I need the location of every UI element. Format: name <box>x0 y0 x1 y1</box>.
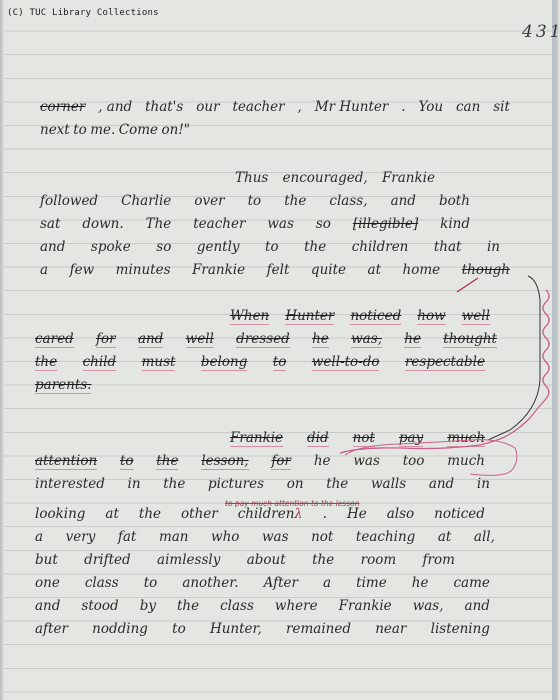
manuscript-word: the <box>304 239 326 255</box>
manuscript-word: class, <box>329 193 367 209</box>
page-number: 431 <box>522 22 560 42</box>
manuscript-word: one <box>35 575 60 591</box>
manuscript-word: very <box>66 529 96 545</box>
manuscript-word: in <box>128 476 141 492</box>
manuscript-word: a <box>35 529 43 545</box>
manuscript-word: [illegible] <box>353 216 418 232</box>
page-left-edge <box>0 0 4 700</box>
manuscript-word: , <box>298 99 302 115</box>
manuscript-word: few <box>70 262 95 278</box>
manuscript-word: he <box>404 331 421 348</box>
manuscript-word: much <box>447 453 485 470</box>
manuscript-word: the <box>163 476 185 492</box>
manuscript-word: teaching <box>356 529 415 545</box>
manuscript-line: attentiontothelesson,forhewastoomuch <box>35 453 485 470</box>
manuscript-word: both <box>439 193 470 209</box>
manuscript-word: drifted <box>84 552 130 568</box>
manuscript-line: nexttome.Comeon!" <box>40 122 190 138</box>
manuscript-word: remained <box>286 621 351 637</box>
manuscript-line: satdown.Theteacherwasso[illegible]kind <box>40 216 470 232</box>
manuscript-word: . <box>323 506 327 522</box>
manuscript-word: teacher <box>232 99 284 115</box>
manuscript-word: parents. <box>35 377 91 394</box>
manuscript-line: afternoddingtoHunter,remainednearlisteni… <box>35 621 490 637</box>
manuscript-word: children <box>352 239 409 255</box>
manuscript-word: Frankie <box>339 598 392 614</box>
manuscript-word: the <box>139 506 161 522</box>
manuscript-line: thechildmustbelongtowell-to-dorespectabl… <box>35 354 485 371</box>
manuscript-word: at <box>105 506 118 522</box>
manuscript-word: corner <box>40 99 85 115</box>
manuscript-word: was <box>262 529 289 545</box>
copyright-notice: (C) TUC Library Collections <box>7 8 159 18</box>
manuscript-line: andspokesogentlytothechildrenthatin <box>40 239 500 255</box>
manuscript-line: WhenHunternoticedhowwell <box>230 308 490 325</box>
manuscript-line: butdriftedaimlesslyabouttheroomfrom <box>35 552 455 568</box>
manuscript-word: a <box>40 262 48 278</box>
manuscript-word: on!" <box>162 122 190 138</box>
manuscript-word: a <box>323 575 331 591</box>
manuscript-word: kind <box>440 216 470 232</box>
manuscript-word: to <box>120 453 134 470</box>
manuscript-word: spoke <box>91 239 131 255</box>
manuscript-word: was, <box>413 598 444 614</box>
manuscript-word: noticed <box>350 308 401 325</box>
manuscript-word: he <box>314 453 331 470</box>
manuscript-word: the <box>156 453 178 470</box>
manuscript-word: encouraged, <box>283 170 368 186</box>
manuscript-word: respectable <box>405 354 485 371</box>
manuscript-word: sat <box>40 216 60 232</box>
manuscript-word: Hunter, <box>210 621 262 637</box>
manuscript-word: teacher <box>193 216 245 232</box>
manuscript-word: though <box>462 262 510 278</box>
manuscript-word: that <box>434 239 462 255</box>
deletion-bracket-icon <box>488 276 540 440</box>
manuscript-word: for <box>271 453 291 470</box>
manuscript-word: much <box>447 430 485 447</box>
manuscript-word: nodding <box>92 621 148 637</box>
manuscript-word: and <box>429 476 454 492</box>
manuscript-line: averyfatmanwhowasnotteachingatall, <box>35 529 495 545</box>
manuscript-word: how <box>417 308 445 325</box>
manuscript-word: not <box>311 529 333 545</box>
manuscript-word: Frankie <box>230 430 283 447</box>
manuscript-word: must <box>142 354 176 371</box>
manuscript-word: class <box>85 575 119 591</box>
manuscript-line: corner, andthat'sourteacher,Mr Hunter.Yo… <box>40 99 510 115</box>
page-right-edge <box>552 0 556 700</box>
manuscript-word: so <box>156 239 171 255</box>
manuscript-word: felt <box>267 262 290 278</box>
manuscript-line: caredforandwelldressedhewas,hethought <box>35 331 497 348</box>
inserted-correction-note: to pay much attention to the lesson <box>225 499 359 508</box>
manuscript-word: looking <box>35 506 85 522</box>
manuscript-word: did <box>307 430 329 447</box>
manuscript-word: was <box>353 453 380 470</box>
manuscript-word: followed <box>40 193 98 209</box>
manuscript-word: all, <box>474 529 495 545</box>
manuscript-line: andstoodbytheclasswhereFrankiewas,and <box>35 598 490 614</box>
manuscript-word: belong <box>201 354 247 371</box>
manuscript-word: and <box>35 598 60 614</box>
manuscript-word: You <box>419 99 444 115</box>
manuscript-word: in <box>477 476 490 492</box>
manuscript-line: Frankiedidnotpaymuch <box>230 430 485 447</box>
manuscript-word: so <box>316 216 331 232</box>
manuscript-word: at <box>368 262 381 278</box>
manuscript-word: quite <box>311 262 346 278</box>
manuscript-line: parents. <box>35 377 95 394</box>
manuscript-word: can <box>456 99 480 115</box>
manuscript-word: minutes <box>116 262 171 278</box>
manuscript-word: to <box>273 354 287 371</box>
manuscript-word: near <box>375 621 406 637</box>
manuscript-word: to <box>144 575 158 591</box>
manuscript-word: class <box>220 598 254 614</box>
manuscript-word: down. <box>82 216 123 232</box>
manuscript-word: but <box>35 552 58 568</box>
manuscript-word: too <box>403 453 425 470</box>
manuscript-word: noticed <box>434 506 485 522</box>
manuscript-line: afewminutesFrankiefeltquiteathomethough <box>40 262 510 278</box>
manuscript-word: the <box>35 354 57 371</box>
manuscript-word: Thus <box>235 170 268 186</box>
manuscript-word: who <box>211 529 239 545</box>
manuscript-word: well <box>186 331 214 348</box>
manuscript-word: another. <box>182 575 238 591</box>
manuscript-word: to <box>265 239 279 255</box>
manuscript-word: sit <box>493 99 510 115</box>
manuscript-word: The <box>146 216 172 232</box>
manuscript-word: well-to-do <box>312 354 380 371</box>
manuscript-line: oneclasstoanother.Afteratimehecame <box>35 575 490 591</box>
manuscript-word: cared <box>35 331 74 348</box>
manuscript-word: about <box>247 552 286 568</box>
manuscript-word: to <box>248 193 262 209</box>
manuscript-word: for <box>96 331 116 348</box>
manuscript-word: Come <box>119 122 158 138</box>
manuscript-page: (C) TUC Library Collections 431 corner, … <box>0 0 558 700</box>
manuscript-word: Frankie <box>192 262 245 278</box>
manuscript-line: followedCharlieovertotheclass,andboth <box>40 193 470 209</box>
manuscript-word: to <box>73 122 87 138</box>
manuscript-word: interested <box>35 476 105 492</box>
manuscript-word: also <box>387 506 414 522</box>
manuscript-word: Mr Hunter <box>315 99 389 115</box>
manuscript-word: , and <box>98 99 132 115</box>
manuscript-word: not <box>353 430 375 447</box>
manuscript-word: Charlie <box>121 193 171 209</box>
manuscript-word: thought <box>443 331 497 348</box>
manuscript-word: he <box>412 575 429 591</box>
manuscript-word: next <box>40 122 70 138</box>
manuscript-word: was <box>267 216 294 232</box>
manuscript-word: gently <box>197 239 240 255</box>
manuscript-word: man <box>159 529 189 545</box>
manuscript-word: home <box>403 262 441 278</box>
manuscript-word: Frankie <box>382 170 435 186</box>
manuscript-word: and <box>465 598 490 614</box>
manuscript-word: time <box>356 575 387 591</box>
manuscript-word: was, <box>351 331 382 348</box>
insert-caret-icon: λ <box>294 507 302 522</box>
manuscript-word: childrenλ <box>238 506 303 522</box>
manuscript-word: lesson, <box>201 453 248 470</box>
manuscript-word: When <box>230 308 269 325</box>
manuscript-word: in <box>487 239 500 255</box>
manuscript-word: listening <box>431 621 490 637</box>
manuscript-word: over <box>194 193 224 209</box>
manuscript-word: well <box>462 308 490 325</box>
manuscript-word: and <box>391 193 416 209</box>
manuscript-word: room <box>361 552 397 568</box>
manuscript-word: dressed <box>236 331 290 348</box>
manuscript-word: to <box>172 621 186 637</box>
manuscript-word: came <box>453 575 489 591</box>
manuscript-line: interestedinthepicturesonthewallsandin <box>35 476 490 492</box>
manuscript-line: lookingattheotherchildrenλ.Healsonoticed <box>35 506 485 522</box>
manuscript-word: After <box>264 575 298 591</box>
manuscript-word: stood <box>81 598 118 614</box>
manuscript-word: aimlessly <box>157 552 220 568</box>
caret-slash-icon <box>457 278 478 292</box>
manuscript-word: Hunter <box>285 308 334 325</box>
manuscript-word: by <box>140 598 156 614</box>
manuscript-word: me. <box>90 122 115 138</box>
manuscript-word: pictures <box>208 476 264 492</box>
manuscript-word: the <box>312 552 334 568</box>
manuscript-word: other <box>181 506 218 522</box>
manuscript-word: that's <box>145 99 183 115</box>
manuscript-word: after <box>35 621 68 637</box>
manuscript-word: . <box>401 99 405 115</box>
manuscript-word: the <box>177 598 199 614</box>
manuscript-word: he <box>312 331 329 348</box>
manuscript-line: Thusencouraged,Frankie <box>235 170 435 186</box>
manuscript-word: the <box>326 476 348 492</box>
manuscript-word: attention <box>35 453 97 470</box>
manuscript-word: He <box>347 506 367 522</box>
manuscript-word: fat <box>118 529 136 545</box>
manuscript-word: the <box>284 193 306 209</box>
manuscript-word: our <box>196 99 219 115</box>
manuscript-word: on <box>287 476 304 492</box>
manuscript-word: pay <box>399 430 423 447</box>
manuscript-word: and <box>40 239 65 255</box>
manuscript-word: where <box>275 598 318 614</box>
manuscript-word: from <box>423 552 455 568</box>
manuscript-word: walls <box>371 476 406 492</box>
manuscript-word: at <box>438 529 451 545</box>
manuscript-word: child <box>83 354 117 371</box>
manuscript-word: and <box>138 331 163 348</box>
